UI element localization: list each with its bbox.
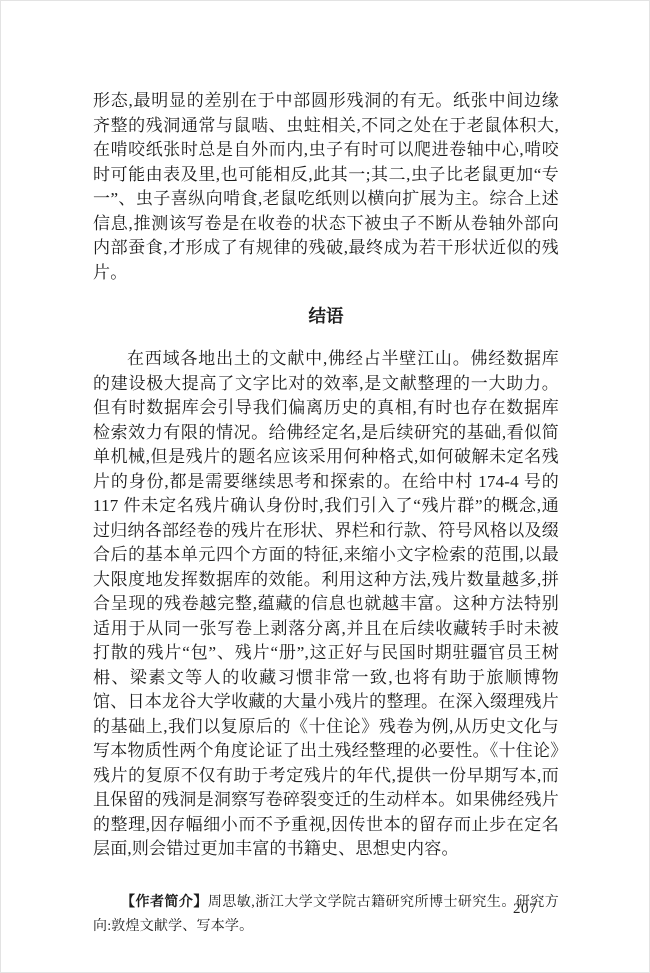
paragraph-continuation: 形态,最明显的差别在于中部圆形残洞的有无。纸张中间边缘齐整的残洞通常与鼠啮、虫蛀… (93, 89, 559, 285)
document-page: { "page": { "paragraph_continuation": "形… (0, 0, 650, 973)
author-bio-label: 【作者简介】 (121, 895, 208, 910)
text-block: 形态,最明显的差别在于中部圆形残洞的有无。纸张中间边缘齐整的残洞通常与鼠啮、虫蛀… (93, 89, 559, 939)
page-number: 207 (513, 901, 537, 918)
conclusion-paragraph: 在西域各地出土的文献中,佛经占半壁江山。佛经数据库的建设极大提高了文字比对的效率… (93, 347, 559, 862)
author-bio: 【作者简介】周思敏,浙江大学文学院古籍研究所博士研究生。研究方向:敦煌文献学、写… (93, 891, 559, 939)
section-heading-conclusion: 结语 (93, 304, 559, 328)
